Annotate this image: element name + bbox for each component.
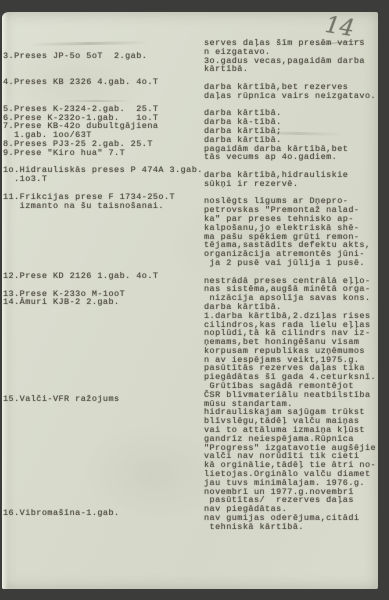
typed-line: 14.Āmuri KJB-2 2.gab. bbox=[3, 298, 218, 307]
typed-line bbox=[3, 334, 218, 343]
typed-line: 9.Prese "Kiro hua" 7.T bbox=[3, 149, 218, 158]
typed-line bbox=[3, 254, 218, 263]
typed-line bbox=[3, 228, 218, 237]
typed-line: sūkņi ir rezervē. bbox=[204, 180, 386, 189]
typed-line bbox=[3, 430, 218, 439]
typed-line bbox=[3, 413, 218, 422]
typed-line bbox=[3, 237, 218, 246]
condition-notes-column: serves daļas šīm presēm vairsn eizgatavo… bbox=[204, 39, 386, 532]
scanned-document: 14 3.Preses JP-5o 5oT 2.gab.4.Preses KB … bbox=[0, 0, 389, 600]
typed-line: 3.Preses JP-5o 5oT 2.gab. bbox=[3, 52, 218, 61]
typed-line bbox=[3, 377, 218, 386]
typed-line bbox=[3, 492, 218, 501]
typed-line bbox=[3, 457, 218, 466]
typed-line bbox=[3, 325, 218, 334]
typed-line: tās vecums ap 4o.gadiem. bbox=[204, 153, 386, 162]
equipment-list-column: 3.Preses JP-5o 5oT 2.gab.4.Preses KB 232… bbox=[3, 52, 218, 518]
typed-line bbox=[3, 246, 218, 255]
typed-line bbox=[3, 342, 218, 351]
typed-line bbox=[3, 404, 218, 413]
typed-line: 15.Valči-VFR ražojums bbox=[3, 395, 218, 404]
typed-line bbox=[3, 210, 218, 219]
typed-line: ja 2 pusē vai jūlija 1 pusē. bbox=[204, 259, 386, 268]
typed-line bbox=[3, 219, 218, 228]
typed-line bbox=[3, 421, 218, 430]
typed-line bbox=[3, 465, 218, 474]
typed-line bbox=[3, 360, 218, 369]
typed-line bbox=[3, 316, 218, 325]
typed-line: 4.Preses KB 2326 4.gab. 4o.T bbox=[3, 78, 218, 87]
typed-line: tehniskā kārtībā. bbox=[204, 523, 386, 532]
typed-line bbox=[3, 483, 218, 492]
typed-line bbox=[3, 87, 218, 96]
typed-line bbox=[3, 61, 218, 70]
typed-line: .1o3.T bbox=[3, 175, 218, 184]
typed-line bbox=[3, 351, 218, 360]
typed-line bbox=[3, 307, 218, 316]
typed-line bbox=[3, 448, 218, 457]
typed-line: daļas rūpnīca vairs neizgatavo. bbox=[204, 92, 386, 101]
typed-line: izmanto na šu taisnošanai. bbox=[3, 202, 218, 211]
typed-line: 12.Prese KD 2126 1.gab. 4o.T bbox=[3, 272, 218, 281]
typed-line bbox=[3, 369, 218, 378]
typed-line bbox=[3, 439, 218, 448]
typed-line bbox=[3, 474, 218, 483]
typed-line: kārtībā. bbox=[204, 65, 386, 74]
pencil-smudge bbox=[30, 41, 150, 46]
typed-line: 16.Vibromašīna-1.gab. bbox=[3, 509, 218, 518]
scanned-page: 14 3.Preses JP-5o 5oT 2.gab.4.Preses KB … bbox=[2, 12, 378, 589]
